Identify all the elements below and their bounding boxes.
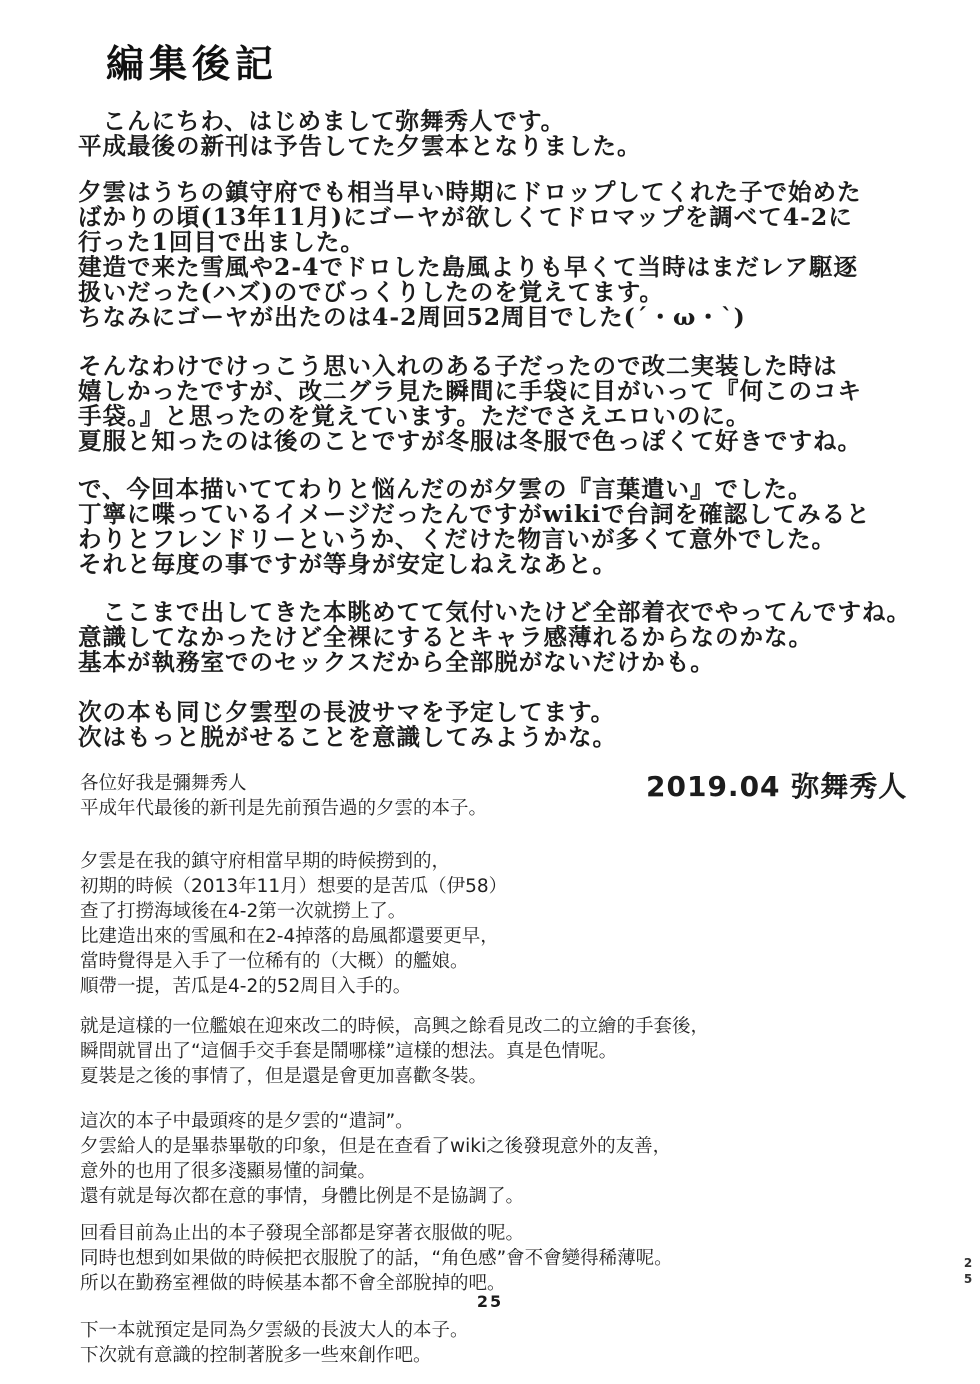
cn-paragraph-next-book: 下一本就預定是同為夕雲級的長波大人的本子。 下次就有意識的控制著脫多一些來創作吧… [80, 1318, 469, 1368]
cn-paragraph-greeting: 各位好我是彌舞秀人 平成年代最後的新刊是先前預告過的夕雲的本子。 [80, 771, 487, 821]
page-number-center: 25 [0, 1293, 980, 1310]
cn-paragraph-speech-style: 這次的本子中最頭疼的是夕雲的“遣詞”。 夕雲給人的是畢恭畢敬的印象，但是在查看了… [80, 1109, 671, 1209]
jp-paragraph-kai2-gloves: そんなわけでけっこう思い入れのある子だったので改二実装した時は 嬉しかったですが… [78, 354, 862, 454]
cn-paragraph-kai2-gloves: 就是這樣的一位艦娘在迎來改二的時候，高興之餘看見改二的立繪的手套後， 瞬間就冒出… [80, 1014, 709, 1089]
page-number-side-vertical: 25 [959, 1256, 975, 1288]
cn-paragraph-clothed-observation: 回看目前為止出的本子發現全部都是穿著衣服做的呢。 同時也想到如果做的時候把衣服脫… [80, 1221, 673, 1296]
jp-paragraph-drop-story: 夕雲はうちの鎮守府でも相当早い時期にドロップしてくれた子で始めた ばかりの頃(1… [78, 180, 862, 330]
jp-paragraph-next-book: 次の本も同じ夕雲型の長波サマを予定してます。 次はもっと脱がせることを意識してみ… [78, 700, 617, 750]
jp-paragraph-speech-style: で、今回本描いててわりと悩んだのが夕雲の『言葉遣い』でした。 丁寧に喋っているイ… [78, 477, 871, 577]
jp-paragraph-greeting: こんにちわ、はじめまして弥舞秀人です。 平成最後の新刊は予告してた夕雲本となりま… [78, 109, 642, 159]
signature-date-author: 2019.04 弥舞秀人 [646, 772, 907, 802]
page-title: 編集後記 [106, 44, 278, 84]
afterword-page: 編集後記 こんにちわ、はじめまして弥舞秀人です。 平成最後の新刊は予告してた夕雲… [0, 0, 980, 1384]
jp-paragraph-clothed-observation: ここまで出してきた本眺めてて気付いたけど全部着衣でやってんですね。 意識してなか… [78, 600, 911, 675]
cn-paragraph-drop-story: 夕雲是在我的鎮守府相當早期的時候撈到的， 初期的時候（2013年11月）想要的是… [80, 849, 507, 999]
